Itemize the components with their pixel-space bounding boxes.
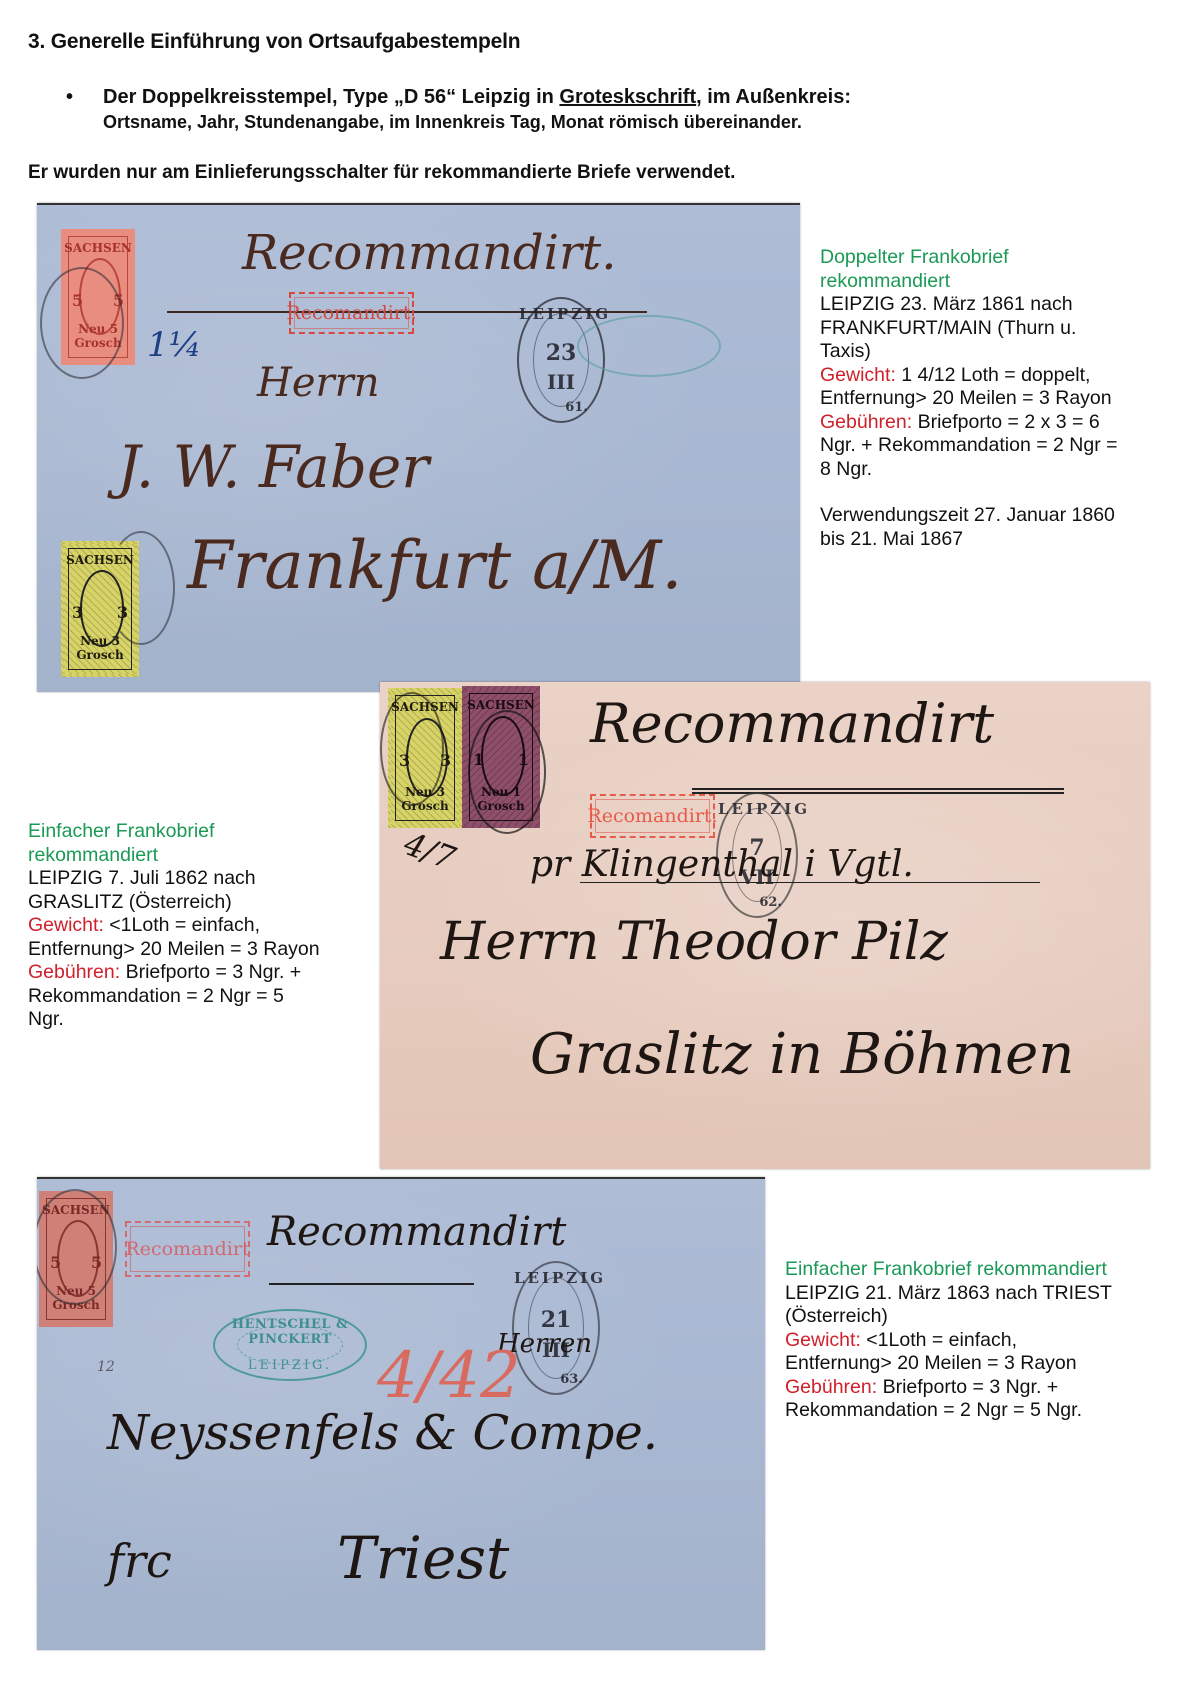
description-line-2: Ortsname, Jahr, Stundenangabe, im Innenk… — [103, 112, 802, 133]
underlined-term: Groteskschrift — [559, 86, 696, 108]
cover-3-title: Einfacher Frankobrief rekommandiert — [785, 1258, 1112, 1282]
strike-through-line — [580, 882, 1040, 883]
cover-3-envelope-image: SACHSEN 5 5 Neu 5 Grosch Recomandirt Rec… — [37, 1177, 765, 1650]
underline-stroke — [692, 788, 1064, 790]
bullet-icon: • — [66, 86, 73, 109]
description-line-1: Der Doppelkreisstempel, Type „D 56“ Leip… — [103, 86, 851, 109]
cover-2-caption: Einfacher Frankobrief rekommandiert LEIP… — [28, 820, 320, 1032]
registration-box-stamp: Recomandirt. — [289, 292, 414, 334]
handwritten-via-route: pr Klingenthal i Vgtl. — [530, 844, 914, 885]
faint-company-cachet — [577, 315, 721, 377]
handwritten-franco: frc — [107, 1534, 172, 1588]
handwritten-destination: Triest — [337, 1524, 509, 1592]
cover-1-route: LEIPZIG 23. März 1861 nach — [820, 293, 1118, 317]
handwritten-registered: Recommandirt. — [242, 225, 616, 281]
handwritten-registered: Recommandirt — [267, 1209, 566, 1255]
cover-2-route: LEIPZIG 7. Juli 1862 nach — [28, 867, 320, 891]
registration-box-stamp: Recomandirt — [125, 1221, 250, 1277]
cancel-postmark-1 — [40, 267, 124, 379]
cover-3-fees: Gebühren: Briefporto = 3 Ngr. + — [785, 1376, 1112, 1400]
cover-1-envelope-image: SACHSEN 5 5 Neu 5 Grosch SACHSEN 3 3 Neu… — [37, 203, 800, 692]
pencil-note: 12 — [97, 1359, 115, 1375]
handwritten-red-rate-mark: 4/42 — [377, 1339, 521, 1413]
handwritten-addressee: Herrn Theodor Pilz — [440, 912, 948, 972]
cover-2-weight: Gewicht: <1Loth = einfach, — [28, 914, 320, 938]
handwritten-registered: Recommandirt — [590, 692, 994, 755]
cover-3-route: LEIPZIG 21. März 1863 nach TRIEST — [785, 1282, 1112, 1306]
registration-box-stamp: Recomandirt. — [590, 794, 715, 838]
handwritten-addressee: J. W. Faber — [117, 433, 429, 501]
cover-2-fees: Gebühren: Briefporto = 3 Ngr. + — [28, 961, 320, 985]
cover-1-title: Doppelter Frankobrief — [820, 246, 1118, 270]
cover-1-fees: Gebühren: Briefporto = 2 x 3 = 6 — [820, 411, 1118, 435]
cancel-postmark-2 — [468, 710, 546, 834]
underline-stroke — [269, 1283, 474, 1285]
cover-2-title: Einfacher Frankobrief — [28, 820, 320, 844]
cancel-postmark-2 — [107, 531, 175, 645]
handwritten-rate-mark: 1¼ — [147, 325, 202, 365]
handwritten-rate-mark: 4/7 — [399, 824, 460, 877]
cover-1-caption: Doppelter Frankobrief rekommandiert LEIP… — [820, 246, 1118, 551]
handwritten-salutation: Herrn — [257, 360, 380, 406]
cover-1-usage-period: Verwendungszeit 27. Januar 1860 — [820, 504, 1118, 528]
cover-1-weight: Gewicht: 1 4/12 Loth = doppelt, — [820, 364, 1118, 388]
cover-3-weight: Gewicht: <1Loth = einfach, — [785, 1329, 1112, 1353]
page-heading: 3. Generelle Einführung von Ortsaufgabes… — [28, 30, 520, 54]
leipzig-double-circle-postmark: LEIPZIG 21 III 63. — [512, 1261, 600, 1395]
cover-3-caption: Einfacher Frankobrief rekommandiert LEIP… — [785, 1258, 1112, 1423]
company-cachet: HENTSCHEL & PINCKERT LEIPZIG. — [213, 1309, 367, 1381]
handwritten-destination: Graslitz in Böhmen — [530, 1022, 1074, 1087]
cancel-postmark-1 — [380, 692, 444, 806]
handwritten-destination: Frankfurt a/M. — [187, 527, 682, 604]
handwritten-addressee: Neyssenfels & Compe. — [107, 1405, 658, 1461]
cover-2-envelope-image: SACHSEN 3 3 Neu 3 Grosch SACHSEN 1 1 Neu… — [380, 682, 1150, 1169]
usage-note: Er wurden nur am Einlieferungsschalter f… — [28, 162, 735, 184]
